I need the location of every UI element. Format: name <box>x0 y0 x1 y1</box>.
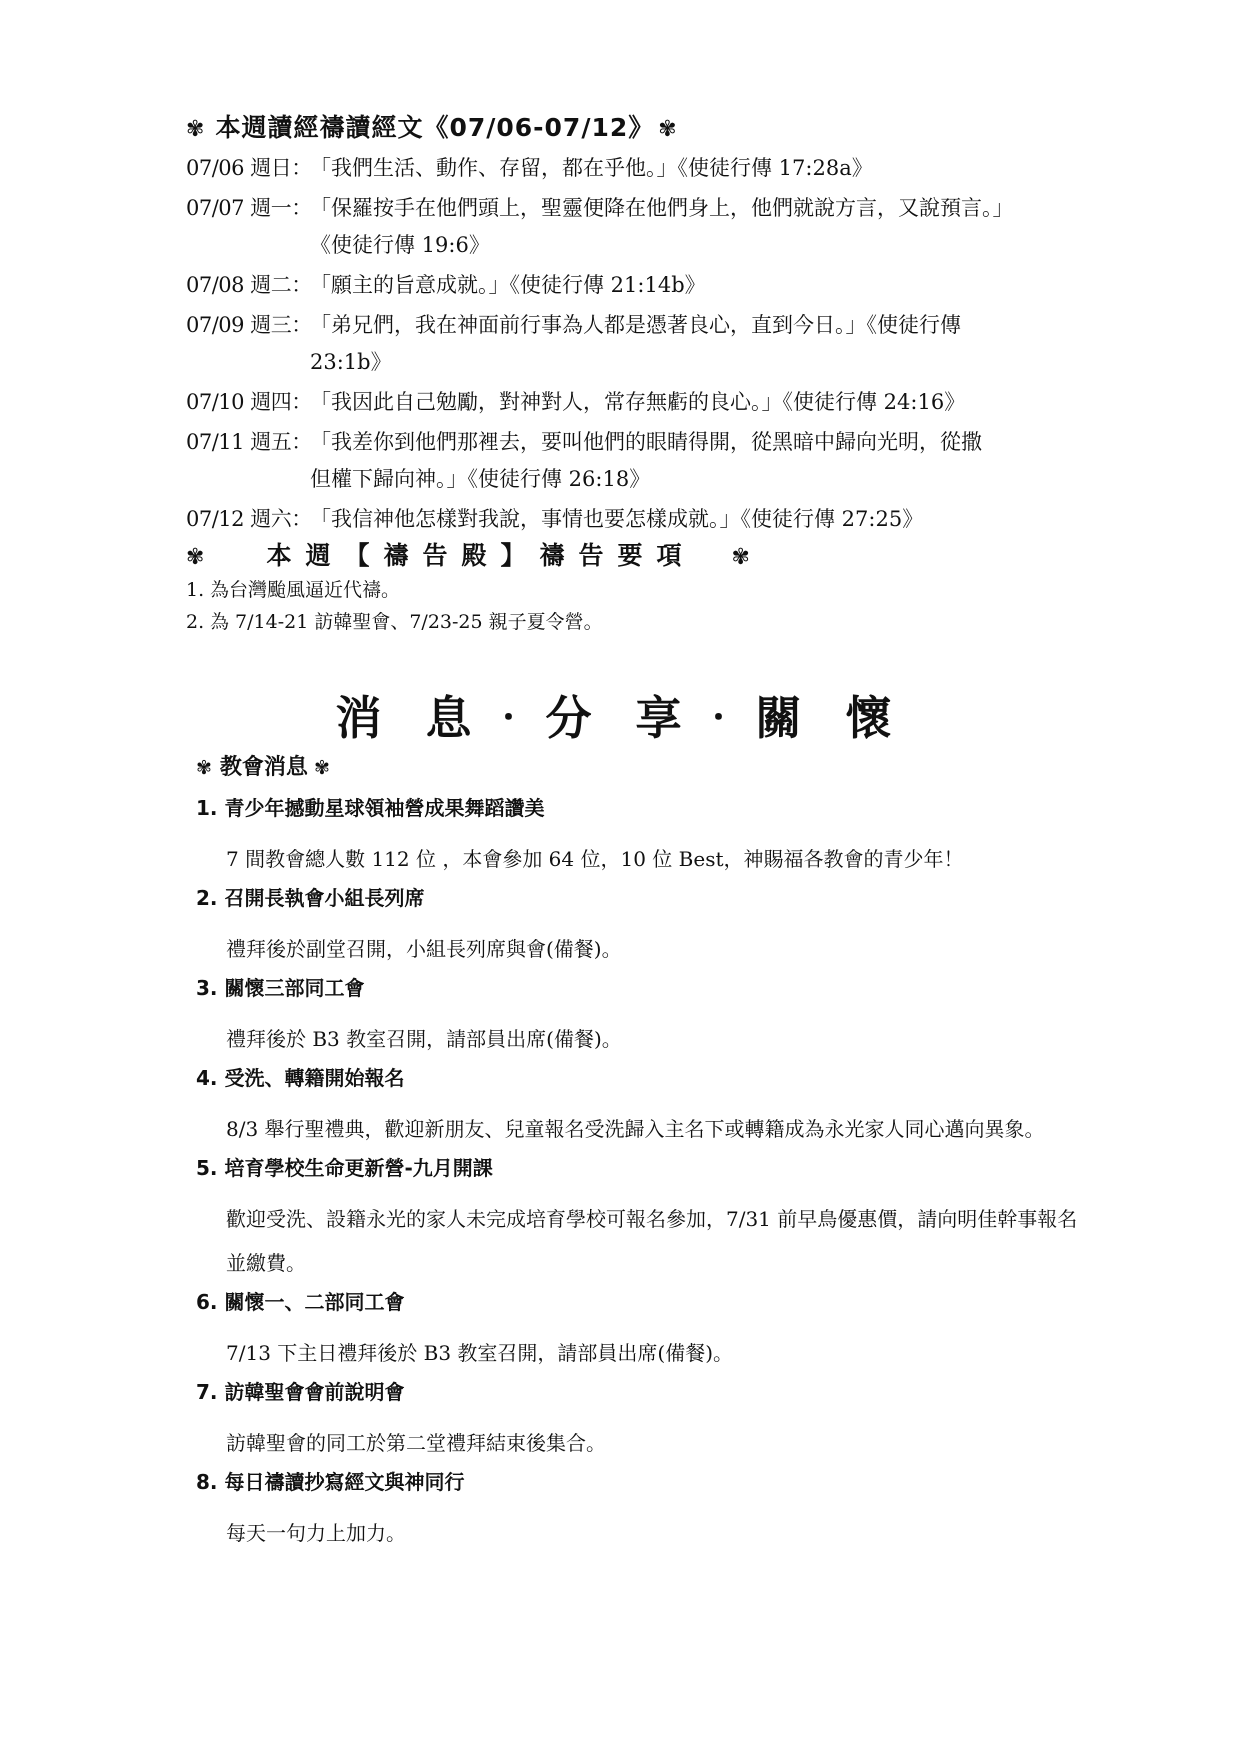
news-section-title: ✾教會消息✾ <box>196 750 330 781</box>
news-item-heading: 4. 受洗、轉籍開始報名 <box>196 1063 1096 1093</box>
verse-day: 07/06 週日： <box>186 150 312 187</box>
news-item-heading: 2. 召開長執會小組長列席 <box>196 883 1096 913</box>
news-item: 1. 青少年撼動星球領袖營成果舞蹈讚美 7 間教會總人數 112 位 ，本會參加… <box>196 793 1096 881</box>
news-item-heading: 3. 關懷三部同工會 <box>196 973 1096 1003</box>
news-item-body: 禮拜後於 B3 教室召開，請部員出席(備餐)。 <box>196 1017 1096 1061</box>
prayer-item-number: 1. <box>186 574 210 606</box>
verse-row: 07/12 週六： 「我信神他怎樣對我說，事情也要怎樣成就。」《使徒行傳 27:… <box>186 501 1086 538</box>
news-item: 7. 訪韓聖會會前說明會 訪韓聖會的同工於第二堂禮拜結束後集合。 <box>196 1377 1096 1465</box>
prayer-section-title: ✾本週【禱告殿】禱告要項✾ <box>186 536 750 572</box>
verse-day: 07/09 週三： <box>186 307 312 344</box>
verse-text: 「願主的旨意成就。」《使徒行傳 21:14b》 <box>310 267 1086 304</box>
flower-ornament-icon: ✾ <box>658 117 677 142</box>
verse-row: 07/10 週四： 「我因此自己勉勵，對神對人，常存無虧的良心。」《使徒行傳 2… <box>186 384 1086 421</box>
news-item-heading: 7. 訪韓聖會會前說明會 <box>196 1377 1096 1407</box>
verse-day: 07/11 週五： <box>186 424 312 461</box>
news-item: 8. 每日禱讀抄寫經文與神同行 每天一句力上加力。 <box>196 1467 1096 1555</box>
prayer-title-text: 本週【禱告殿】禱告要項 <box>266 541 695 570</box>
verse-text-continuation: 23:1b》 <box>310 344 1086 381</box>
verse-list: 07/06 週日： 「我們生活、動作、存留，都在乎他。」《使徒行傳 17:28a… <box>186 150 1086 541</box>
prayer-item-text: 為 7/14-21 訪韓聖會、7/23-25 親子夏令營。 <box>210 611 603 633</box>
verse-text: 「弟兄們，我在神面前行事為人都是憑著良心，直到今日。」《使徒行傳 <box>310 307 1086 344</box>
reading-title-text: 本週讀經禱讀經文《07/06-07/12》 <box>215 113 654 142</box>
verse-row: 07/09 週三： 「弟兄們，我在神面前行事為人都是憑著良心，直到今日。」《使徒… <box>186 307 1086 381</box>
news-list: 1. 青少年撼動星球領袖營成果舞蹈讚美 7 間教會總人數 112 位 ，本會參加… <box>196 793 1096 1557</box>
prayer-item: 2.為 7/14-21 訪韓聖會、7/23-25 親子夏令營。 <box>186 606 603 638</box>
verse-text: 「我因此自己勉勵，對神對人，常存無虧的良心。」《使徒行傳 24:16》 <box>310 384 1086 421</box>
verse-row: 07/07 週一： 「保羅按手在他們頭上，聖靈便降在他們身上，他們就說方言，又說… <box>186 190 1086 264</box>
prayer-item: 1.為台灣颱風逼近代禱。 <box>186 574 603 606</box>
verse-day: 07/10 週四： <box>186 384 312 421</box>
prayer-item-number: 2. <box>186 606 210 638</box>
verse-text-continuation: 但權下歸向神。」《使徒行傳 26:18》 <box>310 461 1086 498</box>
flower-ornament-icon: ✾ <box>314 757 330 779</box>
flower-ornament-icon: ✾ <box>196 757 212 779</box>
flower-ornament-icon: ✾ <box>731 545 749 570</box>
news-item-heading: 1. 青少年撼動星球領袖營成果舞蹈讚美 <box>196 793 1096 823</box>
prayer-list: 1.為台灣颱風逼近代禱。 2.為 7/14-21 訪韓聖會、7/23-25 親子… <box>186 574 603 638</box>
verse-row: 07/11 週五： 「我差你到他們那裡去，要叫他們的眼睛得開，從黑暗中歸向光明，… <box>186 424 1086 498</box>
verse-day: 07/07 週一： <box>186 190 312 227</box>
news-item-body: 歡迎受洗、設籍永光的家人未完成培育學校可報名參加，7/31 前早鳥優惠價，請向明… <box>196 1197 1096 1285</box>
news-item-body: 禮拜後於副堂召開，小組長列席與會(備餐)。 <box>196 927 1096 971</box>
verse-text: 「我信神他怎樣對我說，事情也要怎樣成就。」《使徒行傳 27:25》 <box>310 501 1086 538</box>
news-item-body: 7 間教會總人數 112 位 ，本會參加 64 位，10 位 Best，神賜福各… <box>196 837 1096 881</box>
news-item-heading: 5. 培育學校生命更新營-九月開課 <box>196 1153 1096 1183</box>
news-item: 5. 培育學校生命更新營-九月開課 歡迎受洗、設籍永光的家人未完成培育學校可報名… <box>196 1153 1096 1285</box>
main-title: 消 息‧分 享‧關 懷 <box>0 682 1241 748</box>
news-item-heading: 6. 關懷一、二部同工會 <box>196 1287 1096 1317</box>
verse-text: 「保羅按手在他們頭上，聖靈便降在他們身上，他們就說方言，又說預言。」 <box>310 190 1086 227</box>
bulletin-page: ✾本週讀經禱讀經文《07/06-07/12》✾ 07/06 週日： 「我們生活、… <box>0 0 1241 1755</box>
verse-text: 「我差你到他們那裡去，要叫他們的眼睛得開，從黑暗中歸向光明，從撒 <box>310 424 1086 461</box>
news-item-body: 8/3 舉行聖禮典，歡迎新朋友、兒童報名受洗歸入主名下或轉籍成為永光家人同心邁向… <box>196 1107 1096 1151</box>
news-item: 4. 受洗、轉籍開始報名 8/3 舉行聖禮典，歡迎新朋友、兒童報名受洗歸入主名下… <box>196 1063 1096 1151</box>
flower-ornament-icon: ✾ <box>186 117 205 142</box>
news-item-heading: 8. 每日禱讀抄寫經文與神同行 <box>196 1467 1096 1497</box>
news-item-body: 每天一句力上加力。 <box>196 1511 1096 1555</box>
flower-ornament-icon: ✾ <box>186 545 204 570</box>
news-item-body: 訪韓聖會的同工於第二堂禮拜結束後集合。 <box>196 1421 1096 1465</box>
verse-day: 07/12 週六： <box>186 501 312 538</box>
verse-row: 07/08 週二： 「願主的旨意成就。」《使徒行傳 21:14b》 <box>186 267 1086 304</box>
news-item: 2. 召開長執會小組長列席 禮拜後於副堂召開，小組長列席與會(備餐)。 <box>196 883 1096 971</box>
verse-text-continuation: 《使徒行傳 19:6》 <box>310 227 1086 264</box>
reading-section-title: ✾本週讀經禱讀經文《07/06-07/12》✾ <box>186 108 678 144</box>
verse-row: 07/06 週日： 「我們生活、動作、存留，都在乎他。」《使徒行傳 17:28a… <box>186 150 1086 187</box>
news-item: 3. 關懷三部同工會 禮拜後於 B3 教室召開，請部員出席(備餐)。 <box>196 973 1096 1061</box>
verse-text: 「我們生活、動作、存留，都在乎他。」《使徒行傳 17:28a》 <box>310 150 1086 187</box>
news-item: 6. 關懷一、二部同工會 7/13 下主日禮拜後於 B3 教室召開，請部員出席(… <box>196 1287 1096 1375</box>
news-title-text: 教會消息 <box>220 755 308 780</box>
prayer-item-text: 為台灣颱風逼近代禱。 <box>210 579 400 601</box>
verse-day: 07/08 週二： <box>186 267 312 304</box>
news-item-body: 7/13 下主日禮拜後於 B3 教室召開，請部員出席(備餐)。 <box>196 1331 1096 1375</box>
